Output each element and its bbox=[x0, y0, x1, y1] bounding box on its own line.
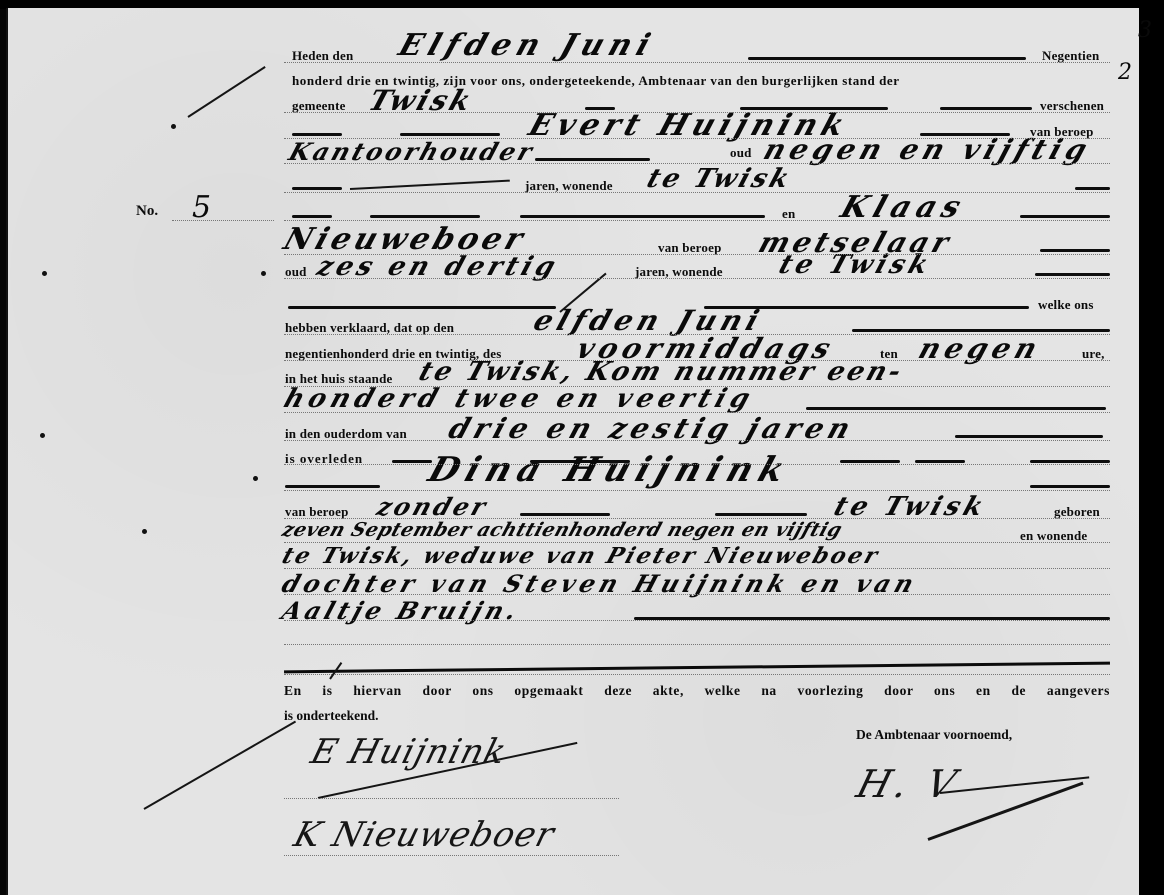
fill-bar bbox=[840, 460, 900, 463]
fill-bar bbox=[1030, 485, 1110, 488]
fill-stroke bbox=[350, 180, 510, 190]
fill-bar bbox=[806, 407, 1106, 410]
dotted-rule bbox=[284, 112, 1110, 113]
printed-text: oud bbox=[730, 145, 752, 161]
fill-bar bbox=[915, 460, 965, 463]
dotted-rule bbox=[284, 674, 1110, 675]
fill-bar bbox=[520, 513, 610, 516]
handwritten-widow-of: te Twisk, weduwe van Pieter Nieuweboer bbox=[279, 543, 883, 569]
dotted-rule bbox=[284, 518, 1110, 519]
printed-text: welke ons bbox=[1038, 297, 1094, 313]
signature-line bbox=[284, 855, 619, 856]
official-label: De Ambtenaar voornoemd, bbox=[856, 727, 1012, 743]
dotted-rule bbox=[284, 334, 1110, 335]
fill-bar bbox=[535, 158, 650, 161]
dotted-rule bbox=[284, 360, 1110, 361]
closing-statement: En is hiervan door ons opgemaakt deze ak… bbox=[284, 683, 1110, 699]
dotted-rule bbox=[284, 62, 1110, 63]
dotted-rule bbox=[284, 386, 1110, 387]
dotted-rule bbox=[284, 594, 1110, 595]
fill-bar bbox=[955, 435, 1103, 438]
dotted-rule bbox=[284, 163, 1110, 164]
fill-bar bbox=[288, 306, 556, 309]
closing-statement-end: is onderteekend. bbox=[284, 708, 379, 724]
dotted-rule bbox=[284, 220, 1110, 221]
dotted-rule bbox=[284, 620, 1110, 621]
fill-bar bbox=[940, 107, 1032, 110]
fill-bar bbox=[715, 513, 807, 516]
handwritten-occupation: Kantoorhouder bbox=[285, 137, 539, 166]
line-21: dochter van Steven Huijnink en van bbox=[0, 575, 1164, 599]
fill-bar bbox=[392, 460, 432, 463]
fill-bar bbox=[1075, 187, 1110, 190]
handwritten-residence: te Twisk bbox=[643, 164, 796, 194]
handwritten-birthdate: zeven September achttienhonderd negen en… bbox=[279, 519, 845, 541]
line-22: Aaltje Bruijn. bbox=[0, 602, 1164, 626]
signature-declarant-2: K Nieuweboer bbox=[290, 815, 559, 855]
dotted-rule bbox=[284, 138, 1110, 139]
dotted-rule bbox=[284, 278, 1110, 279]
fill-bar bbox=[1040, 249, 1110, 252]
fill-bar bbox=[520, 215, 765, 218]
dotted-rule bbox=[284, 440, 1110, 441]
dotted-rule bbox=[284, 542, 1110, 543]
fill-bar bbox=[1035, 273, 1110, 276]
dotted-rule bbox=[284, 254, 1110, 255]
fill-bar bbox=[292, 187, 342, 190]
fill-bar bbox=[400, 133, 500, 136]
handwritten-deceased-occupation: zonder bbox=[373, 492, 492, 521]
fill-bar bbox=[1020, 215, 1110, 218]
fill-bar bbox=[748, 57, 1026, 60]
dotted-rule bbox=[284, 464, 1110, 465]
fill-bar bbox=[1030, 460, 1110, 463]
dotted-rule bbox=[284, 644, 1110, 645]
fill-bar bbox=[370, 215, 480, 218]
line-2: honderd drie en twintig, zijn voor ons, … bbox=[0, 67, 1164, 91]
fill-bar bbox=[292, 215, 332, 218]
signature-official: H. V bbox=[852, 762, 965, 806]
handwritten-deceased-name: Dina Huijnink bbox=[424, 450, 797, 490]
signature-line bbox=[284, 798, 619, 799]
dotted-rule bbox=[284, 490, 1110, 491]
handwritten-date: Elfden Juni bbox=[394, 28, 660, 63]
page-number: 3 bbox=[1138, 18, 1152, 43]
handwritten-address-cont: honderd twee en veertig bbox=[280, 384, 759, 414]
fill-bar bbox=[285, 485, 380, 488]
signature-declarant-1: E Huijnink bbox=[307, 732, 512, 772]
dotted-rule bbox=[284, 568, 1110, 569]
dotted-rule bbox=[284, 192, 1110, 193]
fill-bar bbox=[292, 133, 342, 136]
dotted-rule bbox=[284, 412, 1110, 413]
handwritten-address: te Twisk, Kom nummer een- bbox=[415, 357, 908, 387]
